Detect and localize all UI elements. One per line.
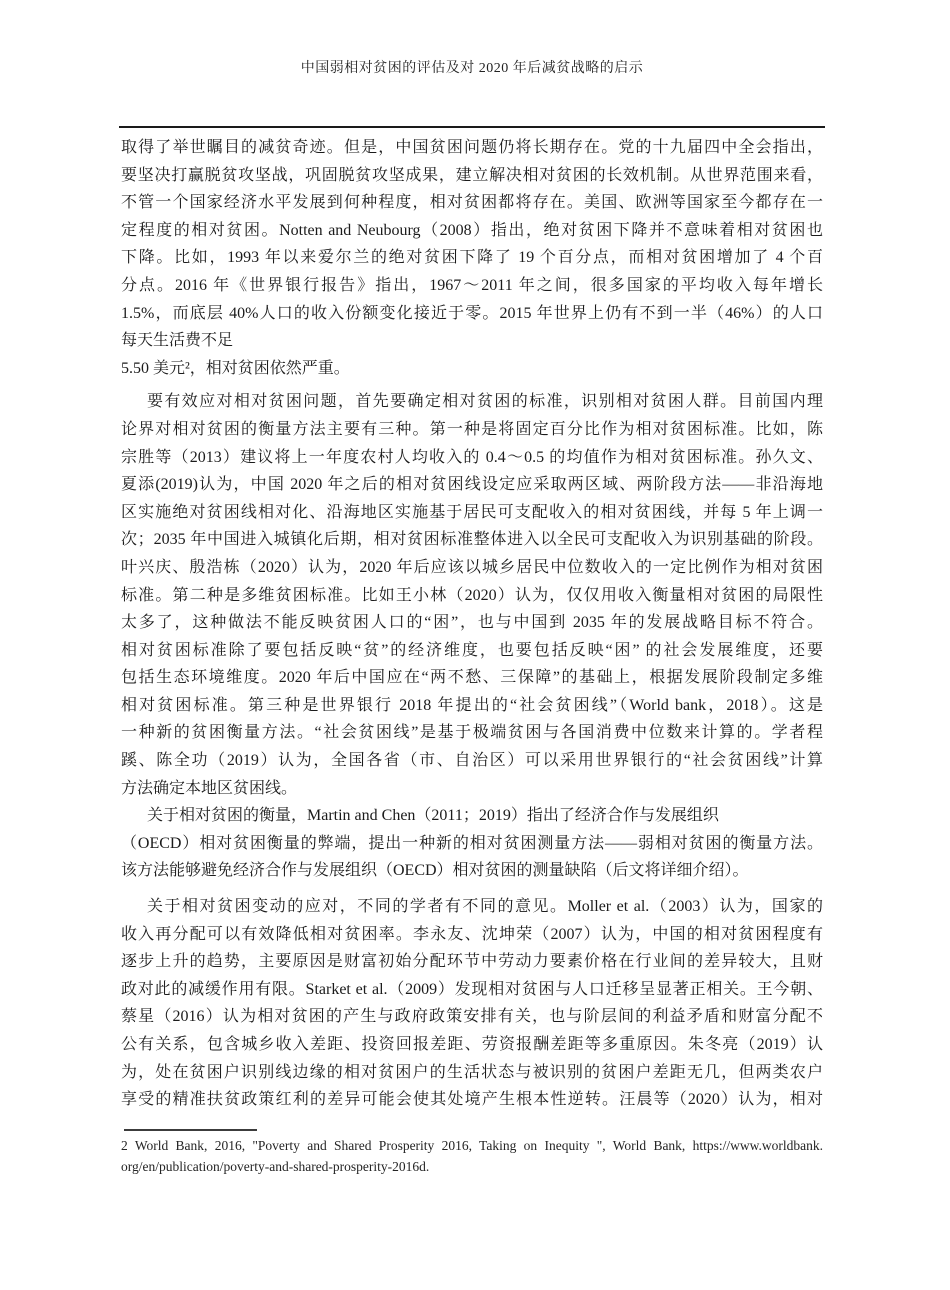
text-line: 方法确定本地区贫困线。	[121, 775, 823, 803]
paragraph: 关于相对贫困的衡量，Martin and Chen（2011；2019）指出了经…	[121, 802, 823, 885]
text-line: 相对贫困标准。第三种是世界银行 2018 年提出的“社会贫困线”（World b…	[121, 692, 823, 720]
text-line: 夏添(2019)认为，中国 2020 年之后的相对贫困线设定应采取两区域、两阶段…	[121, 471, 823, 499]
text-line: 要有效应对相对贫困问题，首先要确定相对贫困的标准，识别相对贫困人群。目前国内理	[121, 388, 823, 416]
text-line: 区实施绝对贫困线相对化、沿海地区实施基于居民可支配收入的相对贫困线，并每 5 年…	[121, 499, 823, 527]
text-line: （OECD）相对贫困衡量的弊端，提出一种新的相对贫困测量方法——弱相对贫困的衡量…	[121, 830, 823, 858]
text-line: 太多了，这种做法不能反映贫困人口的“困”，也与中国到 2035 年的发展战略目标…	[121, 609, 823, 637]
text-line: 5.50 美元²，相对贫困依然严重。	[121, 355, 823, 383]
text-line: 相对贫困标准除了要包括反映“贫”的经济维度，也要包括反映“困” 的社会发展维度，…	[121, 637, 823, 665]
text-line: 论界对相对贫困的衡量方法主要有三种。第一种是将固定百分比作为相对贫困标准。比如，…	[121, 416, 823, 444]
text-line: 不管一个国家经济水平发展到何种程度，相对贫困都将存在。美国、欧洲等国家至今都存在…	[121, 189, 823, 217]
text-line: 该方法能够避免经济合作与发展组织（OECD）相对贫困的测量缺陷（后文将详细介绍）…	[121, 857, 823, 885]
text-line: org/en/publication/poverty-and-shared-pr…	[121, 1157, 823, 1178]
text-line: 一种新的贫困衡量方法。“社会贫困线”是基于极端贫困与各国消费中位数来计算的。学者…	[121, 719, 823, 747]
text-line: 1.5%，而底层 40%人口的收入份额变化接近于零。2015 年世界上仍有不到一…	[121, 300, 823, 328]
paragraph: 关于相对贫困变动的应对，不同的学者有不同的意见。Moller et al.（20…	[121, 893, 823, 1114]
text-line: 关于相对贫困的衡量，Martin and Chen（2011；2019）指出了经…	[121, 802, 823, 830]
text-line: 收入再分配可以有效降低相对贫困率。李永友、沈坤荣（2007）认为，中国的相对贫困…	[121, 921, 823, 949]
text-line: 标准。第二种是多维贫困标准。比如王小林（2020）认为，仅仅用收入衡量相对贫困的…	[121, 582, 823, 610]
footnote: 2 World Bank, 2016, "Poverty and Shared …	[121, 1136, 823, 1177]
text-line: 分点。2016 年《世界银行报告》指出，1967～2011 年之间，很多国家的平…	[121, 272, 823, 300]
header-rule	[119, 126, 825, 128]
page-title: 中国弱相对贫困的评估及对 2020 年后减贫战略的启示	[121, 59, 823, 79]
text-line: 蹊、陈全功（2019）认为，全国各省（市、自治区）可以采用世界银行的“社会贫困线…	[121, 747, 823, 775]
text-line: 为，处在贫困户识别线边缘的相对贫困户的生活状态与被识别的贫困户差距无几，但两类农…	[121, 1059, 823, 1087]
text-line: 政对此的减缓作用有限。Starket et al.（2009）发现相对贫困与人口…	[121, 976, 823, 1004]
document-body: 取得了举世瞩目的减贫奇迹。但是，中国贫困问题仍将长期存在。党的十九届四中全会指出…	[121, 134, 823, 1114]
text-line: 每天生活费不足	[121, 327, 823, 355]
text-line: 定程度的相对贫困。Notten and Neubourg（2008）指出，绝对贫…	[121, 217, 823, 245]
paragraph: 要有效应对相对贫困问题，首先要确定相对贫困的标准，识别相对贫困人群。目前国内理论…	[121, 388, 823, 802]
text-line: 蔡星（2016）认为相对贫困的产生与政府政策安排有关，也与阶层间的利益矛盾和财富…	[121, 1003, 823, 1031]
text-line: 叶兴庆、殷浩栋（2020）认为，2020 年后应该以城乡居民中位数收入的一定比例…	[121, 554, 823, 582]
text-line: 享受的精准扶贫政策红利的差异可能会使其处境产生根本性逆转。汪晨等（2020）认为…	[121, 1086, 823, 1114]
footnote-separator	[124, 1129, 257, 1131]
paragraph: 取得了举世瞩目的减贫奇迹。但是，中国贫困问题仍将长期存在。党的十九届四中全会指出…	[121, 134, 823, 382]
text-line: 取得了举世瞩目的减贫奇迹。但是，中国贫困问题仍将长期存在。党的十九届四中全会指出…	[121, 134, 823, 162]
text-line: 关于相对贫困变动的应对，不同的学者有不同的意见。Moller et al.（20…	[121, 893, 823, 921]
text-line: 逐步上升的趋势，主要原因是财富初始分配环节中劳动力要素价格在行业间的差异较大，且…	[121, 948, 823, 976]
text-line: 2 World Bank, 2016, "Poverty and Shared …	[121, 1136, 823, 1157]
text-line: 包括生态环境维度。2020 年后中国应在“两不愁、三保障”的基础上，根据发展阶段…	[121, 664, 823, 692]
text-line: 公有关系，包含城乡收入差距、投资回报差距、劳资报酬差距等多重原因。朱冬亮（201…	[121, 1031, 823, 1059]
text-line: 要坚决打赢脱贫攻坚战，巩固脱贫攻坚成果，建立解决相对贫困的长效机制。从世界范围来…	[121, 162, 823, 190]
document-page: 中国弱相对贫困的评估及对 2020 年后减贫战略的启示 取得了举世瞩目的减贫奇迹…	[0, 0, 950, 1290]
text-line: 次；2035 年中国进入城镇化后期，相对贫困标准整体进入以全民可支配收入为识别基…	[121, 526, 823, 554]
text-line: 宗胜等（2013）建议将上一年度农村人均收入的 0.4～0.5 的均值作为相对贫…	[121, 444, 823, 472]
text-line: 下降。比如，1993 年以来爱尔兰的绝对贫困下降了 19 个百分点，而相对贫困增…	[121, 244, 823, 272]
